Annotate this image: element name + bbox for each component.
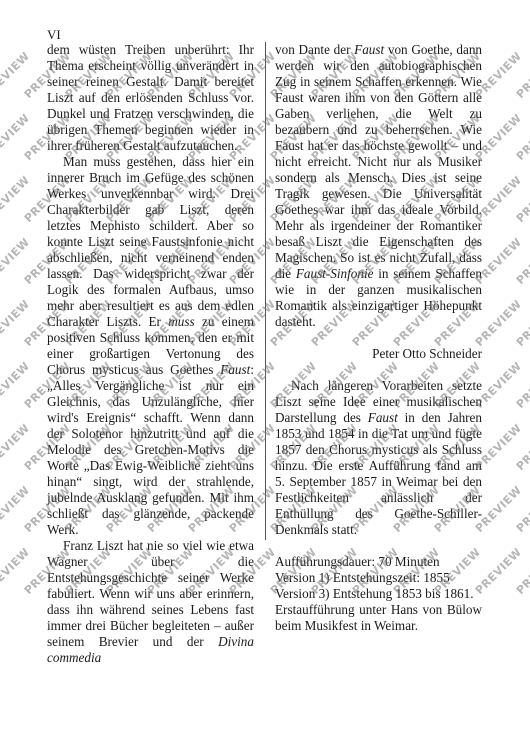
text: Peter Otto Schneider <box>372 346 482 361</box>
italic-text: muss <box>168 314 194 329</box>
text: Erstaufführung unter Hans von Bülow beim… <box>275 602 482 633</box>
paragraph: Erstaufführung unter Hans von Bülow beim… <box>275 602 482 634</box>
watermark-text: PREVIEW <box>0 422 32 473</box>
watermark-text: PREVIEW <box>0 298 32 349</box>
watermark-text: PREVIEW <box>514 360 530 411</box>
page-number: VI <box>47 27 61 43</box>
italic-text: Faust-Sinfonie <box>296 266 374 281</box>
watermark-text: PREVIEW <box>0 112 32 163</box>
paragraph: Aufführungsdauer: 70 Minuten <box>275 554 482 570</box>
watermark-text: PREVIEW <box>514 422 530 473</box>
column-divider <box>265 42 266 540</box>
watermark-text: PREVIEW <box>0 50 32 101</box>
paragraph: Franz Liszt hat nie so viel wie etwa Wag… <box>47 538 254 666</box>
watermark-text: PREVIEW <box>514 484 530 535</box>
italic-text: Faust <box>220 362 250 377</box>
watermark-text: PREVIEW <box>0 484 32 535</box>
author-signature: Peter Otto Schneider <box>275 346 482 362</box>
left-text-column: dem wüsten Treiben unberührt: Ihr Thema … <box>47 42 254 666</box>
text: von Goethe, dann werden wir den autobiog… <box>275 42 482 281</box>
right-text-column: von Dante der Faust von Goethe, dann wer… <box>275 42 482 634</box>
paragraph: dem wüsten Treiben unberührt: Ihr Thema … <box>47 42 254 154</box>
watermark-text: PREVIEW <box>514 112 530 163</box>
paragraph: von Dante der Faust von Goethe, dann wer… <box>275 42 482 330</box>
paragraph: Nach längeren Vorarbeiten setzte Liszt s… <box>275 378 482 538</box>
italic-text: Faust <box>354 42 384 57</box>
watermark-text: PREVIEW <box>514 298 530 349</box>
paragraph: Man muss gestehen, dass hier ein innerer… <box>47 154 254 538</box>
paragraph: Version 1) Entstehungszeit: 1855 <box>275 570 482 586</box>
paragraph: Version 3) Entstehung 1853 bis 1861. <box>275 586 482 602</box>
text: : „Alles Vergängliche ist nur ein Gleich… <box>47 362 254 537</box>
text: Man muss gestehen, dass hier ein innerer… <box>47 154 254 329</box>
watermark-text: PREVIEW <box>514 174 530 225</box>
text: dem wüsten Treiben unberührt: Ihr Thema … <box>47 42 254 153</box>
watermark-text: PREVIEW <box>0 546 32 597</box>
watermark-text: PREVIEW <box>0 174 32 225</box>
text: in den Jahren 1853 und 1854 in die Tat u… <box>275 410 482 537</box>
watermark-text: PREVIEW <box>0 360 32 411</box>
watermark-text: PREVIEW <box>0 236 32 287</box>
italic-text: Faust <box>368 410 398 425</box>
text: Aufführungsdauer: 70 Minuten <box>275 554 440 569</box>
watermark-text: PREVIEW <box>514 236 530 287</box>
document-page: VI dem wüsten Treiben unberührt: Ihr The… <box>0 0 530 750</box>
text: Version 1) Entstehungszeit: 1855 <box>275 570 450 585</box>
text: Version 3) Entstehung 1853 bis 1861. <box>275 586 474 601</box>
watermark-text: PREVIEW <box>514 546 530 597</box>
text: Franz Liszt hat nie so viel wie etwa Wag… <box>47 538 254 649</box>
text: von Dante der <box>275 42 354 57</box>
watermark-text: PREVIEW <box>514 50 530 101</box>
